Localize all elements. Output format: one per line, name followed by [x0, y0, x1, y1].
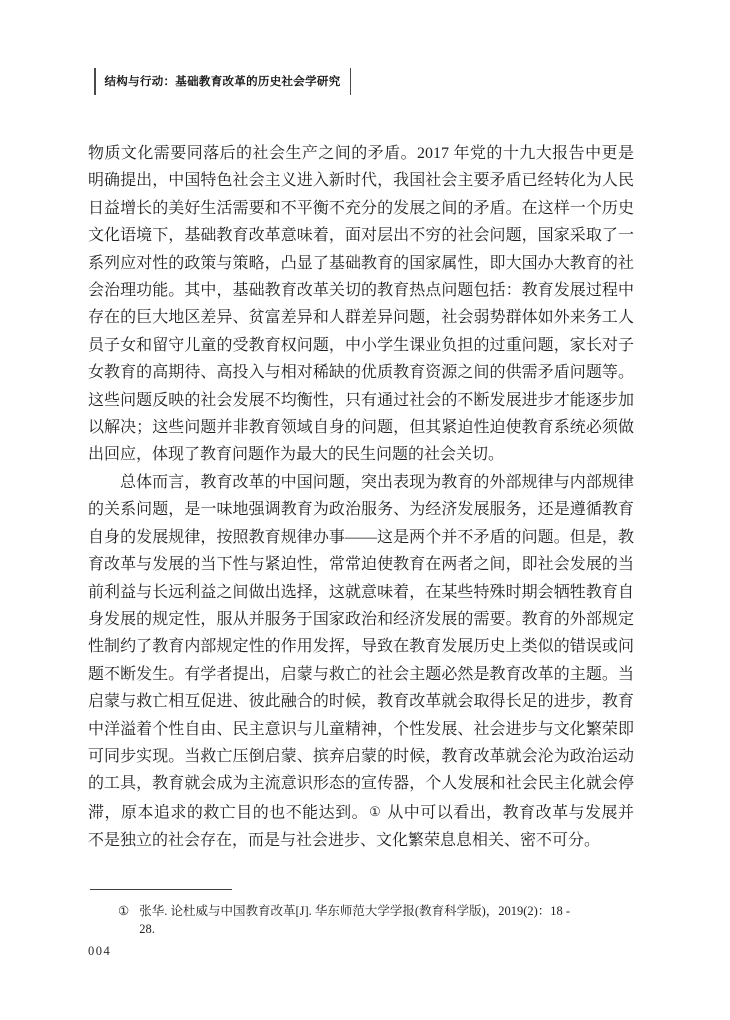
header-left-rule: [94, 68, 96, 95]
footnote-marker: ①: [118, 902, 129, 938]
footnote-separator-rule: [90, 889, 232, 890]
footnote: ① 张华. 论杜威与中国教育改革[J]. 华东师范大学学报(教育科学版)，201…: [118, 902, 588, 938]
book-page: 结构与行动：基础教育改革的历史社会学研究 物质文化需要同落后的社会生产之间的矛盾…: [0, 0, 730, 1020]
paragraph-1: 物质文化需要同落后的社会生产之间的矛盾。2017 年党的十九大报告中更是明确提出…: [88, 140, 634, 469]
header-right-rule: [350, 68, 352, 95]
page-number: 004: [88, 944, 111, 959]
paragraph-2: 总体而言，教育改革的中国问题，突出表现为教育的外部规律与内部规律的关系问题，是一…: [88, 469, 634, 854]
page-body: 物质文化需要同落后的社会生产之间的矛盾。2017 年党的十九大报告中更是明确提出…: [88, 140, 634, 854]
running-header-title: 结构与行动：基础教育改革的历史社会学研究: [105, 73, 341, 89]
paragraph-2-text-before-ref: 总体而言，教育改革的中国问题，突出表现为教育的外部规律与内部规律的关系问题，是一…: [88, 474, 634, 821]
footnote-reference-mark: ①: [368, 804, 382, 819]
footnote-text: 张华. 论杜威与中国教育改革[J]. 华东师范大学学报(教育科学版)，2019(…: [139, 902, 588, 938]
running-header: 结构与行动：基础教育改革的历史社会学研究: [94, 66, 351, 96]
